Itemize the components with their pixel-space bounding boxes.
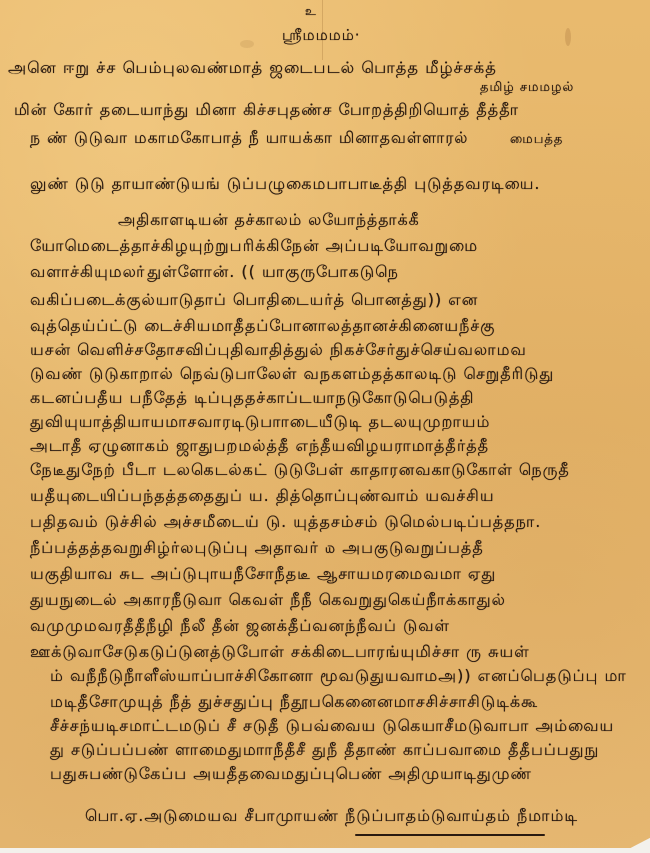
text-line: பதிதவம் டுச்சில் அச்சமீடைய் டு. யுத்தசம்… — [30, 512, 541, 533]
text-line: அடாதீ ஏழுனாகம் ஜாதுபறமல்த்தீ எந்தீயவிழயர… — [30, 436, 489, 457]
document-heading: ஸ்ரீமமமம்· — [282, 26, 361, 46]
text-line: மடிதீசோமுயுத் நீத் துச்சதுப்பு நீதூபகெனை… — [50, 692, 538, 713]
text-line: யதீயுடையிப்பந்தத்ததைதுப் ய. தித்தொப்புண்… — [30, 486, 495, 507]
interlinear-note: தமிழ் சமமழல் — [480, 80, 574, 96]
text-line: லுண் டுடு தாயாண்டுயங் டுப்பழுகைமபாபாடீத்… — [30, 174, 541, 195]
text-line: ந ண் டுடுவா மகாமகோபாத் நீ யாயக்கா மினாதவ… — [30, 128, 468, 149]
manuscript-paper: உ ஸ்ரீமமமம்· அனெ ஈறு ச்ச பெம்புலவண்மாத் … — [0, 0, 650, 848]
text-line: நேடீதுநேற் பீடா டலகெடல்கட் டுடுபேள் காதா… — [30, 460, 570, 481]
text-line: வகிப்படைக்குல்யாடுதாப் பொதிடையர்த் பொனத்… — [30, 290, 478, 311]
text-line: வுத்தெய்ப்ட்டு டைச்சியமாதீதப்போனாலத்தானச… — [30, 316, 495, 337]
text-line: ஊக்டுவாசேடுகடுப்டுனத்டுபோள் சக்கிடைபாரங்… — [30, 642, 530, 663]
paper-stain — [565, 28, 571, 46]
text-line: பதுசுபண்டுகேப்ப அயதீதவைமதுப்புபெண் அதிமு… — [50, 764, 532, 785]
text-line: நீப்பத்தத்தவறுசிழ்ர்லபுடுப்பு அதாவர் ௰ அ… — [30, 538, 484, 559]
text-line: சீச்சந்யடிசமாட்டமடுப் சீ சடுதீ டுபவ்வைய … — [50, 716, 614, 737]
text-line: டுவண் டுடுகாறால் நெவ்டுபாலேள் வநகளம்தத்க… — [30, 364, 554, 385]
text-line: அனெ ஈறு ச்ச பெம்புலவண்மாத் ஜடைபடல் பொத்த… — [8, 58, 497, 79]
interlinear-note: மைபத்த — [510, 132, 563, 148]
text-line: யகுதியாவ சுட அப்டுபுாயநீசோநீதடீ ஆசாயமரமை… — [30, 564, 496, 585]
paper-stain — [240, 40, 254, 48]
text-line: து சடுப்பப்பண் ளாமைதுமாாநீதீசீ துநீ தீதா… — [50, 740, 599, 761]
closing-underline — [355, 834, 545, 836]
text-line: மின் கோர் தடையாந்து மினா கிச்சபுதண்ச போற… — [14, 100, 519, 121]
text-line: யோமெடைத்தாச்கிழயுற்றுபரிக்கிநேன் அப்படிய… — [30, 236, 478, 257]
text-line: வளாச்கியுமலா்துள்ளோன். (( யாகுருபோகடுநெ — [30, 262, 399, 283]
text-line: அதிகாளடியன் தச்காலம் லயோந்த்தாக்கீ — [118, 210, 420, 231]
invocation-mark: உ — [305, 4, 317, 20]
text-line: வமுமுமவரதீதீநீழி நீலீ தீன் ஜனக்தீப்வனந்ந… — [30, 616, 450, 637]
text-line: கடனப்பதீய பநீதேத் டிப்புததச்காப்டயாநடுகோ… — [30, 388, 474, 409]
text-line: பொ.ஏ.அடுமையவ சீபாமுாயண் நீடுப்பாதம்டுவாய… — [85, 806, 578, 827]
text-line: துவியுயாத்தியாயமாசவாரடிடுபாாடையீடுடி தடல… — [30, 412, 490, 433]
text-line: ம் வநீநீடுநீாளீஸ்யாப்பாச்சிகோனா மூவடுதுய… — [50, 666, 627, 687]
text-line: துயநுடைல் அகாரநீடுவா கெவள் நீநீ கெவறுதுக… — [30, 590, 506, 611]
text-line: யசன் வெளிச்சதோசவிப்புதிவாதித்துல் நிகச்ச… — [30, 340, 527, 361]
